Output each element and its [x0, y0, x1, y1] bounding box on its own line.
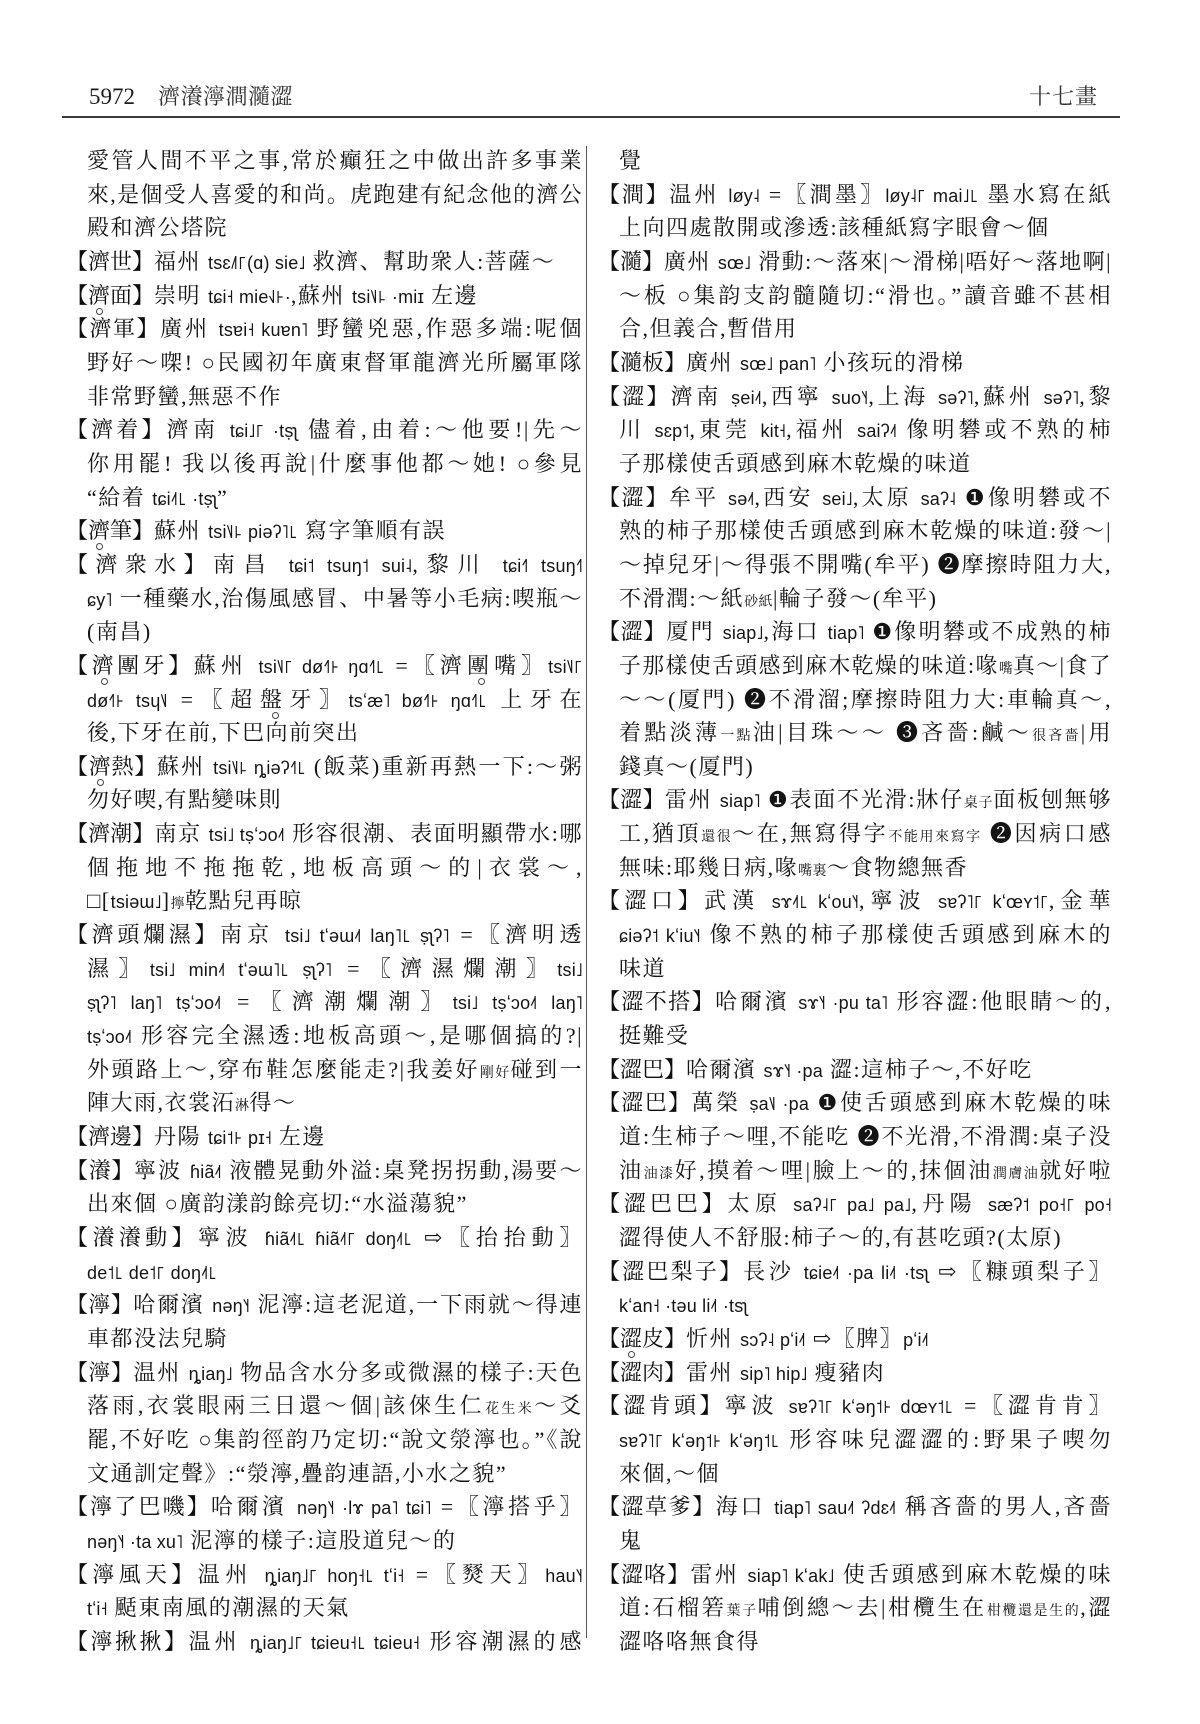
line-content: “給着 tɕi˨˦꜖ ·tṣʅ”	[87, 485, 228, 510]
entry-headword: 【濘】	[66, 1360, 133, 1385]
definition-text: (南昌)	[87, 619, 152, 644]
phonetic-transcription: siap˥ kʻak˩	[748, 1566, 835, 1586]
entry-line: 【澀巴梨子】長沙 tɕie˨˦ ·pa li˨˦ ·tsʅ ⇨〖糠頭梨子〗	[598, 1255, 1112, 1289]
definition-text: 野好～㗎! ○民國初年廣東督軍龍濟光所屬軍隊	[87, 350, 583, 375]
entry-headword: 團牙】	[117, 653, 194, 678]
line-content: 澀得使人不舒服:柿子～的,有甚吃頭?(太原)	[619, 1225, 1062, 1250]
definition-text: 子那樣使舌頭感到麻木乾燥的味道	[619, 451, 972, 476]
phonetic-transcription: ɕy˥	[87, 590, 113, 610]
phonetic-transcription: kʻan˧ ·təu li˨˦ ·tsʅ	[619, 1296, 748, 1316]
continuation-line: ɕiəʔ˦ kʻiu˥˧ 像不熟的柿子那樣使舌頭感到麻木的	[619, 918, 1112, 952]
entry-headword-ring-marked: 濟	[89, 754, 112, 779]
definition-text: 颳東南風的潮濕的天氣	[108, 1595, 350, 1620]
line-content: 【濟軍】廣州 tsɐi˧ kuɐn˥ 野蠻兇惡,作惡多端:呢個	[66, 316, 583, 341]
definition-text: ～食物總無香	[827, 855, 968, 880]
segment: 出來個 ○廣韵漾韵餘亮切:“水溢蕩貌”	[87, 1191, 468, 1216]
inline-gloss: 柑欖還是生的	[987, 1604, 1080, 1619]
line-content: 罷,不好吃 ○集韵徑韵乃定切:“說文滎濘也。”《說	[87, 1427, 583, 1452]
definition-text: 工,猶頂	[619, 821, 701, 846]
entry-headword: 【	[66, 653, 92, 678]
phonetic-transcription: tsi˩ min˨˦ tʻəɯ˥꜖ ṣʅʔ˥	[150, 960, 332, 980]
phonetic-transcription: sɤ˥˧ ·pa	[764, 1061, 823, 1081]
segment: 雷州 siap˥ kʻak˩ 使舌頭感到麻木乾燥的味	[690, 1562, 1112, 1587]
definition-text: 文通訓定聲》:“滎濘,疊韵連語,小水之貌”	[87, 1461, 507, 1486]
definition-text: =〖濟濕爛潮〗	[332, 956, 557, 981]
phonetic-transcription: sɐʔ˥꜒ kʻəŋ˦꜔ dœʏ˦꜖	[789, 1397, 954, 1417]
line-content: 【濟團牙】蘇州 tsi˥˩꜒ dø˧˥꜔ ŋɑ˧˥꜖ =〖濟團嘴〗tsi˥˩꜒	[66, 653, 583, 678]
entry-line: 【濟世】福州 tsɛ˩˥꜒(ɑ) sie˩ 救濟、幫助衆人:菩薩～	[66, 245, 583, 279]
line-content: □[tsiəɯ˩]擰乾點兒再晾	[87, 888, 302, 913]
continuation-line: 川 sɛp˦,東莞 kit˧,福州 saiʔ˨˦ 像明礬或不熟的柿	[619, 413, 1112, 447]
entry-line: 【澀肯頭】寧波 sɐʔ˥꜒ kʻəŋ˦꜔ dœʏ˦꜖ =〖澀肯肯〗	[598, 1389, 1112, 1423]
continuation-line: 來個,～個	[619, 1457, 1112, 1491]
definition-text: 來個,～個	[619, 1461, 720, 1486]
line-content: 【澀肉】雷州 sip˥ hip˩ 瘦豬肉	[598, 1360, 885, 1385]
right-column: 覺【澗】温州 løy˨ =〖澗墨〗løy˨꜒ mai˩꜖ 墨水寫在紙上向四處散開…	[598, 144, 1112, 1659]
line-content: 【濟邊】丹陽 tɕi˦꜔ pɪ˧ 左邊	[66, 1124, 326, 1149]
phonetic-transcription: tɕie˨˦ ·pa li˨˦ ·tsʅ	[804, 1263, 929, 1283]
entry-line: 【瀡板】廣州 sœ˩ pan˥ 小孩玩的滑梯	[598, 346, 1112, 380]
line-content: 不滑潤:～紙砂紙|輪子發～(牟平)	[619, 586, 938, 611]
segment: 哈爾濱 sɤ˥˧ ·pu ta˥ 形容澀:他眼睛～的,	[715, 989, 1112, 1014]
line-content: 個拖地不拖拖乾,地板高頭～的|衣裳～,	[87, 855, 583, 880]
continuation-line: 澀得使人不舒服:柿子～的,有甚吃頭?(太原)	[619, 1221, 1112, 1255]
phonetic-transcription: sei˩	[822, 489, 853, 509]
line-content: 【瀡板】廣州 sœ˩ pan˥ 小孩玩的滑梯	[598, 350, 964, 375]
inline-gloss: 擰	[171, 897, 185, 912]
segment: 長沙 tɕie˨˦ ·pa li˨˦ ·tsʅ ⇨〖糠頭梨子〗	[743, 1259, 1112, 1284]
definition-text: ,上海	[868, 384, 938, 409]
segment: 野好～㗎! ○民國初年廣東督軍龍濟光所屬軍隊	[87, 350, 583, 375]
continuation-line: 出來個 ○廣韵漾韵餘亮切:“水溢蕩貌”	[87, 1187, 583, 1221]
segment: ～爻	[534, 1393, 583, 1418]
line-content: 子那樣使舌頭感到麻木乾燥的味道:喙嘴真～|食了	[619, 649, 1112, 687]
inline-gloss: 潤膚油	[993, 1167, 1039, 1182]
segment: 得～	[249, 1090, 296, 1115]
line-content: 【濟面】崇明 tɕi˧ mie˧˩꜔·,蘇州 tsi˥˩꜕ ·miɪ 左邊	[66, 283, 478, 308]
phonetic-transcription: pʻi˨˦	[903, 1330, 929, 1350]
segment: 罷,不好吃 ○集韵徑韵乃定切:“說文滎濘也。”《說	[87, 1427, 583, 1452]
continuation-line: 個拖地不拖拖乾,地板高頭～的|衣裳～,	[87, 851, 583, 885]
line-content: de˦꜖ de˦꜒ doŋ˨˦꜖	[87, 1259, 217, 1284]
phonetic-transcription: ɕiəʔ˦ kʻiu˥˧	[619, 926, 701, 946]
continuation-line: ～～(厦門) ❷不滑溜;摩擦時阻力大:車輪真～,	[619, 683, 1112, 717]
segment: 熟的柿子那樣使舌頭感到麻木乾燥的味道:發～|	[619, 518, 1112, 543]
phonetic-transcription: ɦiã˨˦꜖ ɦiã˨˦꜒ doŋ˨˦꜖	[265, 1229, 413, 1249]
definition-text: 落雨,衣裳眼兩三日還～個|該倈生仁	[87, 1393, 485, 1418]
definition-text: 雷州	[690, 1562, 747, 1587]
segment: 你用罷! 我以後再說|什麼事他都～她! ○參見	[87, 451, 583, 476]
segment: 寧波 ɦiã˨˦꜖ ɦiã˨˦꜒ doŋ˨˦꜖ ⇨〖抬抬動〗	[198, 1225, 583, 1250]
definition-text: 乾點兒再晾	[185, 888, 303, 913]
continuation-line: de˦꜖ de˦꜒ doŋ˨˦꜖	[87, 1255, 583, 1289]
definition-text: ～掉兒牙|～得張不開嘴(牟平) ❷摩擦時阻力大,	[619, 552, 1112, 577]
definition-text: 野蠻兇惡,作惡多端:呢個	[308, 316, 583, 341]
definition-text: 得～	[249, 1090, 296, 1115]
inline-gloss: 很吝嗇	[1032, 729, 1081, 744]
definition-text: ,澀	[1080, 1595, 1112, 1620]
line-content: 挺難受	[619, 1023, 690, 1048]
line-content: 川 sɛp˦,東莞 kit˧,福州 saiʔ˨˦ 像明礬或不熟的柿	[619, 417, 1112, 442]
phonetic-transcription: saiʔ˨˦	[857, 421, 897, 441]
line-content: 【瀁瀁動】寧波 ɦiã˨˦꜖ ɦiã˨˦꜒ doŋ˨˦꜖ ⇨〖抬抬動〗	[66, 1225, 583, 1250]
segment: 太原 saʔ˨꜒ pa˩ pa˩,丹陽 sæʔ˦ po˧꜒ po˧	[728, 1191, 1112, 1216]
inline-gloss: 桌子	[964, 796, 993, 811]
definition-text: =〖燹天〗	[404, 1562, 545, 1587]
definition-text: 寫字筆順有誤	[298, 518, 446, 543]
line-content: 車都没法兒騎	[87, 1326, 228, 1351]
entry-headword: 【澀肯頭】	[598, 1393, 725, 1418]
segment: ❷因病口感	[982, 821, 1112, 846]
definition-text: =〖澀肯肯〗	[954, 1393, 1112, 1418]
continuation-line: ～掉兒牙|～得張不開嘴(牟平) ❷摩擦時阻力大,	[619, 548, 1112, 582]
continuation-line: 鬼	[619, 1524, 1112, 1558]
segment: 福州 tsɛ˩˥꜒(ɑ) sie˩ 救濟、幫助衆人:菩薩～	[154, 249, 555, 274]
entry-line: 【澀不搭】哈爾濱 sɤ˥˧ ·pu ta˥ 形容澀:他眼睛～的,	[598, 985, 1112, 1019]
entry-headword: 【濟潮】	[66, 821, 154, 846]
definition-text: 哺倒總～去|柑欖生在	[758, 1595, 987, 1620]
column-divider	[586, 146, 587, 1638]
line-content: 【濟熱】蘇州 tsi˥˩꜕ ȵiəʔ˧˥꜖ (飯菜)重新再熱一下:～粥	[66, 754, 583, 779]
entry-headword: 【濟頭爛濕】	[66, 922, 220, 947]
definition-text: 錢真～(厦門)	[619, 754, 754, 779]
line-content: 濕〗tsi˩ min˨˦ tʻəɯ˥꜖ ṣʅʔ˥ =〖濟濕爛潮〗tsi˩	[87, 956, 583, 981]
definition-text: 救濟、幫助衆人:菩薩～	[306, 249, 556, 274]
segment: 温州 ȵiaŋ˩꜒ tɕieu˧꜖ tɕieu˧ 形容潮濕的感	[188, 1629, 583, 1654]
entry-headword: 【濘了巴嘰】	[66, 1494, 211, 1519]
entry-headword: 【	[66, 754, 89, 779]
entry-headword: 【濟邊】	[66, 1124, 154, 1149]
segment: 愛管人間不平之事,常於癲狂之中做出許多事業	[87, 148, 583, 173]
dictionary-page: 5972 濟瀁濘澗瀡澀 十七畫 愛管人間不平之事,常於癲狂之中做出許多事業來,是…	[0, 0, 1200, 1724]
line-content: 陣大雨,衣裳沰淋得～	[87, 1090, 296, 1115]
continuation-line: 不滑潤:～紙砂紙|輪子發～(牟平)	[619, 582, 1112, 616]
segment: 萬榮 ṣa˥˩ ·pa ❶使舌頭感到麻木乾燥的味	[691, 1090, 1112, 1115]
entry-headword: 【	[598, 1326, 620, 1351]
line-content: 【濟世】福州 tsɛ˩˥꜒(ɑ) sie˩ 救濟、幫助衆人:菩薩～	[66, 249, 555, 274]
phonetic-transcription: sɐʔ˥꜒ kʻœʏ˦꜒	[938, 892, 1049, 912]
line-content: 【澀巴】萬榮 ṣa˥˩ ·pa ❶使舌頭感到麻木乾燥的味	[598, 1090, 1112, 1115]
phonetic-transcription: sœ˩	[718, 253, 751, 273]
definition-text: 一種藥水,治傷風感冒、中暑等小毛病:喫瓶～	[113, 586, 584, 611]
segment: 不滑潤:～紙	[619, 586, 744, 611]
segment: 來,是個受人喜愛的和尚。虎跑建有紀念他的濟公	[87, 182, 583, 207]
continuation-line: 無味:耶幾日病,喙嘴裏～食物總無香	[619, 851, 1112, 885]
segment: 濟南 ṣei˨˦,西寧 suo˥˧,上海 səʔ˥,蘇州 səʔ˥,黎	[671, 384, 1112, 409]
entry-headword: 【瀡】	[598, 249, 664, 274]
definition-text: 勿好喫,有點變味則	[87, 787, 282, 812]
inline-gloss: 花生米	[485, 1402, 534, 1417]
segment: 廣州 sœ˩ 滑動:～落來|～滑梯|唔好～落地啊|	[664, 249, 1112, 274]
segment: 温州 løy˨ =〖澗墨〗løy˨꜒ mai˩꜖ 墨水寫在紙	[669, 182, 1112, 207]
line-content: 【澗】温州 løy˨ =〖澗墨〗løy˨꜒ mai˩꜖ 墨水寫在紙	[598, 182, 1112, 207]
definition-text: ❶像明礬或不成熟的柿	[865, 619, 1112, 644]
continuation-line: 道:生柿子～哩,不能吃 ❷不光滑,不滑潤:桌子没	[619, 1120, 1112, 1154]
line-content: ～～(厦門) ❷不滑溜;摩擦時阻力大:車輪真～,	[619, 687, 1112, 712]
definition-text: 廣州	[686, 350, 740, 375]
segment: 來個,～個	[619, 1461, 720, 1486]
entry-line: 【瀁】寧波 ɦiã˨˦ 液體晃動外溢:桌凳拐拐動,湯要～	[66, 1154, 583, 1188]
definition-text: 海口	[716, 1494, 775, 1519]
segment: 南昌 tɕi˦ tsuŋ˦ sui˨,黎川 tɕi˧˥ tsuŋ˧˥	[213, 552, 583, 577]
continuation-line: 上向四處散開或滲透:該種紙寫字眼會～個	[619, 211, 1112, 245]
definition-text: 崇明	[154, 283, 208, 308]
segment: 川 sɛp˦,東莞 kit˧,福州 saiʔ˨˦ 像明礬或不熟的柿	[619, 417, 1112, 442]
definition-text: 萬榮	[691, 1090, 749, 1115]
definition-text: 合,但義合,暫借用	[619, 316, 798, 341]
phonetic-transcription: sip˥ hip˩	[740, 1364, 808, 1384]
definition-text: 味道	[619, 956, 666, 981]
phonetic-transcription: sɐʔ˥꜒ kʻəŋ˦꜔ kʻəŋ˦꜖	[619, 1431, 780, 1451]
definition-text: 蘇州	[154, 518, 208, 543]
line-content: nəŋ˥˧ ·ta xu˥ 泥濘的樣子:這股道兒～的	[87, 1528, 456, 1553]
segment: 蘇州 tsi˥˩꜒ dø˧˥꜔ ŋɑ˧˥꜖ =〖濟	[194, 653, 467, 678]
definition-text: 油|目珠～～ ❸吝嗇:鹹～	[753, 720, 1032, 745]
entry-line: 【澀】雷州 siap˥ ❶表面不光滑:牀仔桌子面板刨無够	[598, 783, 1112, 817]
entry-headword: 【瀁瀁動】	[66, 1225, 198, 1250]
definition-text: ]	[162, 888, 171, 913]
continuation-line: “給着 tɕi˨˦꜖ ·tṣʅ”	[87, 481, 583, 515]
segment: 就好啦	[1039, 1158, 1112, 1183]
continuation-line: nəŋ˥˧ ·ta xu˥ 泥濘的樣子:這股道兒～的	[87, 1524, 583, 1558]
page-number: 5972	[89, 83, 135, 111]
definition-text: ～～(厦門) ❷不滑溜;摩擦時阻力大:車輪真～,	[619, 687, 1112, 712]
phonetic-transcription: səʔ˥	[1044, 388, 1080, 408]
line-content: ɕiəʔ˦ kʻiu˥˧ 像不熟的柿子那樣使舌頭感到麻木的	[619, 922, 1112, 947]
segment: 個拖地不拖拖乾,地板高頭～的|衣裳～,	[87, 855, 583, 880]
line-content: 熟的柿子那樣使舌頭感到麻木乾燥的味道:發～|	[619, 518, 1112, 543]
phonetic-transcription: saʔ˨꜒ pa˩ pa˩	[793, 1195, 911, 1215]
line-content: 文通訓定聲》:“滎濘,疊韵連語,小水之貌”	[87, 1461, 507, 1486]
segment: 崇明 tɕi˧ mie˧˩꜔·,蘇州 tsi˥˩꜕ ·miɪ 左邊	[154, 283, 478, 308]
entry-headword: 熱】	[111, 754, 156, 779]
phonetic-transcription: ṣei˨˦	[731, 388, 762, 408]
phonetic-transcription: tsi˩ tṣʻɔo˨˦	[209, 825, 285, 845]
definition-text: |輪子發～(牟平)	[773, 586, 938, 611]
continuation-line: 工,猶頂還很～在,無寫得字不能用來寫字 ❷因病口感	[619, 817, 1112, 851]
continuation-line: 油油漆好,摸着～哩|臉上～的,抹個油潤膚油就好啦	[619, 1154, 1112, 1188]
segment: 碰到一	[511, 1057, 583, 1082]
definition-text: ,寧波	[859, 888, 938, 913]
segment: 殿和濟公塔院	[87, 215, 228, 240]
definition-text: ”	[217, 485, 228, 510]
definition-text: 雷州	[665, 787, 720, 812]
entry-headword: 【澀咯】	[598, 1562, 690, 1587]
definition-text: 就好啦	[1039, 1158, 1112, 1183]
line-content: 【濘風天】温州 ȵiaŋ˩꜒ hoŋ˧꜖ tʻi˧ =〖燹天〗hau˥˧	[66, 1562, 583, 1587]
segment: 好,摸着～哩|臉上～的,抹個油	[675, 1158, 993, 1183]
continuation-line: 你用罷! 我以後再說|什麼事他都～她! ○參見	[87, 447, 583, 481]
continuation-line: 非常野蠻,無惡不作	[87, 380, 583, 414]
definition-text: 你用罷! 我以後再說|什麼事他都～她! ○參見	[87, 451, 583, 476]
inline-gloss: 嘴裏	[798, 864, 827, 879]
line-content: 【澀】雷州 siap˥ ❶表面不光滑:牀仔桌子面板刨無够	[598, 787, 1112, 812]
line-content: 道:石榴箬葉子哺倒總～去|柑欖生在柑欖還是生的,澀	[619, 1595, 1112, 1620]
phonetic-transcription: sɛp˦	[655, 421, 690, 441]
phonetic-transcription: tsi˩ tṣʻɔo˨˦ laŋ˥	[453, 993, 583, 1013]
continuation-line: 車都没法兒騎	[87, 1322, 583, 1356]
line-content: 覺	[619, 148, 643, 173]
line-content: 【濟着】濟南 tɕi˩꜒ ·tṣʅ 儘着,由着:～他要!|先～	[66, 417, 583, 442]
phonetic-transcription: tsi˩	[557, 960, 583, 980]
definition-text: ❷因病口感	[982, 821, 1112, 846]
continuation-line: 後,下牙在前,下巴向前突出	[87, 716, 583, 750]
inline-gloss: 一點	[720, 729, 752, 744]
phonetic-transcription: ȵiaŋ˩꜒ tɕieu˧꜖ tɕieu˧	[250, 1633, 420, 1653]
line-content: 【澀草爹】海口 tiap˥ sau˨˦ ʔdɛ˨˦ 稱吝嗇的男人,吝嗇	[598, 1494, 1112, 1519]
entry-headword: 面】	[110, 283, 154, 308]
entry-line: 【濟筆】蘇州 tsi˥˩꜕ piəʔ˥꜖ 寫字筆順有誤	[66, 514, 583, 548]
definition-text: 澀:這柿子～,不好吃	[823, 1057, 1033, 1082]
continuation-line: tʻi˧ 颳東南風的潮濕的天氣	[87, 1591, 583, 1625]
line-content: 【澀皮】忻州 sɔʔ˨ pʻi˨˦ ⇨〖脾〗pʻi˨˦	[598, 1326, 929, 1351]
definition-text: 忻州	[686, 1326, 740, 1351]
phonetic-transcription: tsi˥˩꜕ piəʔ˥꜖	[208, 522, 298, 542]
phonetic-transcription: tsɛ˩˥꜒(ɑ) sie˩	[208, 253, 306, 273]
segment: 濟南 tɕi˩꜒ ·tṣʅ 儘着,由着:～他要!|先～	[166, 417, 583, 442]
entry-line: 【濘風天】温州 ȵiaŋ˩꜒ hoŋ˧꜖ tʻi˧ =〖燹天〗hau˥˧	[66, 1558, 583, 1592]
line-content: sɐʔ˥꜒ kʻəŋ˦꜔ kʻəŋ˦꜖ 形容味兒澀澀的:野果子喫勿	[619, 1427, 1112, 1452]
line-content: 野好～㗎! ○民國初年廣東督軍龍濟光所屬軍隊	[87, 350, 583, 375]
definition-text: 太原	[728, 1191, 794, 1216]
line-content: 【澀巴巴】太原 saʔ˨꜒ pa˩ pa˩,丹陽 sæʔ˦ po˧꜒ po˧	[598, 1191, 1112, 1216]
segment: 海口 tiap˥ sau˨˦ ʔdɛ˨˦ 稱吝嗇的男人,吝嗇	[716, 1494, 1112, 1519]
definition-text: 廣州	[664, 249, 718, 274]
definition-text: ,太原	[853, 485, 921, 510]
line-content: 【澀】厦門 siap˩,海口 tiap˥ ❶像明礬或不成熟的柿	[598, 619, 1112, 644]
entry-headword: 【澀】	[598, 619, 666, 644]
definition-text: 油	[619, 1158, 644, 1183]
entry-line: 【澀巴巴】太原 saʔ˨꜒ pa˩ pa˩,丹陽 sæʔ˦ po˧꜒ po˧	[598, 1187, 1112, 1221]
inline-gloss: 還很	[701, 830, 732, 845]
line-content: 【澀肯頭】寧波 sɐʔ˥꜒ kʻəŋ˦꜔ dœʏ˦꜖ =〖澀肯肯〗	[598, 1393, 1112, 1418]
definition-text: 挺難受	[619, 1023, 690, 1048]
segment: 寧波 ɦiã˨˦ 液體晃動外溢:桌凳拐拐動,湯要～	[134, 1158, 583, 1183]
entry-line: 【澀口】武漢 sɤ˨˦꜖ kʻou˥˧,寧波 sɐʔ˥꜒ kʻœʏ˦꜒,金華	[598, 884, 1112, 918]
line-content: 勿好喫,有點變味則	[87, 787, 282, 812]
line-content: 錢真～(厦門)	[619, 754, 754, 779]
continuation-line: 覺	[619, 144, 1112, 178]
definition-text: 好,摸着～哩|臉上～的,抹個油	[675, 1158, 993, 1183]
definition-text: 川	[619, 417, 655, 442]
phonetic-transcription: siap˩	[723, 623, 764, 643]
segment: kʻan˧ ·təu li˨˦ ·tsʅ	[619, 1292, 748, 1317]
segment: 子那樣使舌頭感到麻木乾燥的味道:喙	[619, 653, 999, 678]
definition-text: 外頭路上～,穿布鞋怎麼能走?|我姜好	[87, 1057, 480, 1082]
phonetic-transcription: hau˥˧	[545, 1566, 583, 1586]
entry-headword-ring-marked: 澀	[620, 1326, 642, 1351]
line-content: ～掉兒牙|～得張不開嘴(牟平) ❷摩擦時阻力大,	[619, 552, 1112, 577]
phonetic-transcription: ṣʅʔ˥ laŋ˥ tṣʻɔo˨˦	[87, 993, 221, 1013]
segment: |用	[1081, 720, 1112, 745]
definition-text: 小孩玩的滑梯	[816, 350, 964, 375]
continuation-line: 落雨,衣裳眼兩三日還～個|該倈生仁花生米～爻	[87, 1389, 583, 1423]
line-content: 【濘】哈爾濱 nəŋ˥˧ 泥濘:這老泥道,一下雨就～得連	[66, 1292, 583, 1317]
segment: de˦꜖ de˦꜒ doŋ˨˦꜖	[87, 1259, 217, 1284]
entry-headword: 【	[66, 283, 88, 308]
line-content: 上向四處散開或滲透:該種紙寫字眼會～個	[619, 215, 1050, 240]
definition-text: 形容很潮、表面明顯帶水:哪	[285, 821, 583, 846]
line-content: ɕy˥ 一種藥水,治傷風感冒、中暑等小毛病:喫瓶～	[87, 586, 583, 611]
phonetic-transcription: tsi˥˩꜒	[548, 657, 583, 677]
continuation-line: 子那樣使舌頭感到麻木乾燥的味道:喙嘴真～|食了	[619, 649, 1112, 683]
definition-text: 雷州	[686, 1360, 740, 1385]
definition-text: ❶表面不光滑:牀仔	[761, 787, 964, 812]
definition-text: 丹陽	[154, 1124, 208, 1149]
segment: ～在,無寫得字	[732, 821, 888, 846]
continuation-line: ṣʅʔ˥ laŋ˥ tṣʻɔo˨˦ =〖濟潮爛潮〗tsi˩ tṣʻɔo˨˦ la…	[87, 985, 583, 1019]
definition-text: ,黎川	[412, 552, 502, 577]
definition-text: 牟平	[669, 485, 728, 510]
definition-text: 形容味兒澀澀的:野果子喫勿	[780, 1427, 1112, 1452]
segment: “給着 tɕi˨˦꜖ ·tṣʅ”	[87, 485, 228, 510]
inline-gloss: 不能用來寫字	[888, 830, 981, 845]
entry-line: 【瀁瀁動】寧波 ɦiã˨˦꜖ ɦiã˨˦꜒ doŋ˨˦꜖ ⇨〖抬抬動〗	[66, 1221, 583, 1255]
definition-text: |用	[1081, 720, 1112, 745]
segment: ～掉兒牙|～得張不開嘴(牟平) ❷摩擦時阻力大,	[619, 552, 1112, 577]
segment: 温州 ȵiaŋ˩ 物品含水分多或微濕的樣子:天色	[133, 1360, 583, 1385]
line-content: 愛管人間不平之事,常於癲狂之中做出許多事業	[87, 148, 583, 173]
definition-text: (飯菜)重新再熱一下:～粥	[306, 754, 583, 779]
continuation-line: 熟的柿子那樣使舌頭感到麻木乾燥的味道:發～|	[619, 514, 1112, 548]
line-content: 【濘了巴嘰】哈爾濱 nəŋ˥˧ ·lɤ pa˥ tɕi˥ =〖濘搭乎〗	[66, 1494, 583, 1519]
segment: ,澀	[1080, 1595, 1112, 1620]
phonetic-transcription: suo˥˧	[832, 388, 869, 408]
segment: 哺倒總～去|柑欖生在	[758, 1595, 987, 1620]
definition-text: 鬼	[619, 1528, 643, 1553]
definition-text: ⇨〖脾〗	[806, 1326, 903, 1351]
phonetic-transcription: tɕi˨˦꜖ ·tṣʅ	[152, 489, 217, 509]
entry-line: 【澀咯】雷州 siap˥ kʻak˩ 使舌頭感到麻木乾燥的味	[598, 1558, 1112, 1592]
segment: 寧波 sɐʔ˥꜒ kʻəŋ˦꜔ dœʏ˦꜖ =〖澀肯肯〗	[725, 1393, 1112, 1418]
entry-line: 【濟潮】南京 tsi˩ tṣʻɔo˨˦ 形容很潮、表面明顯帶水:哪	[66, 817, 583, 851]
definition-text: 澀咯咯無食得	[619, 1629, 760, 1654]
phonetic-transcription: ȵiaŋ˩	[189, 1364, 233, 1384]
line-content: ～板 ○集韵支韵髓隨切:“滑也。”讀音雖不甚相	[619, 283, 1112, 308]
phonetic-transcription: de˦꜖ de˦꜒ doŋ˨˦꜖	[87, 1263, 217, 1283]
definition-text: 來,是個受人喜愛的和尚。虎跑建有紀念他的濟公	[87, 182, 583, 207]
entry-headword: 【瀡板】	[598, 350, 686, 375]
phonetic-transcription: sæʔ˦ po˧꜒ po˧	[988, 1195, 1112, 1215]
phonetic-transcription: tiap˥ sau˨˦ ʔdɛ˨˦	[774, 1498, 896, 1518]
continuation-line: 子那樣使舌頭感到麻木乾燥的味道	[619, 447, 1112, 481]
definition-text: 着點淡薄	[619, 720, 720, 745]
continuation-line: kʻan˧ ·təu li˨˦ ·tsʅ	[619, 1288, 1112, 1322]
phonetic-transcription: nəŋ˥˧ ·lɤ pa˥ tɕi˥	[297, 1498, 432, 1518]
entry-line: 【濟頭爛濕】南京 tsi˩ tʻəɯ˨˦ laŋ˥꜖ ṣʅʔ˥ =〖濟明透	[66, 918, 583, 952]
phonetic-transcription: tsʻæ˥ bø˧˥꜔ ŋɑ˧˥꜖	[349, 691, 488, 711]
segment: 澀得使人不舒服:柿子～的,有甚吃頭?(太原)	[619, 1225, 1062, 1250]
entry-headword: 【	[66, 518, 88, 543]
entry-headword-ring-marked: 濟	[88, 283, 110, 308]
phonetic-transcription: tʻi˧	[87, 1599, 108, 1619]
inline-gloss: 淋	[235, 1099, 249, 1114]
definition-text: 温州	[133, 1360, 188, 1385]
continuation-line: (南昌)	[87, 615, 583, 649]
entry-headword-ring-marked: 濟	[92, 653, 118, 678]
segment: 子那樣使舌頭感到麻木乾燥的味道	[619, 451, 972, 476]
inline-gloss: 剛好	[480, 1066, 511, 1081]
definition-text: 泥濘:這老泥道,一下雨就～得連	[250, 1292, 583, 1317]
definition-text: 面板刨無够	[993, 787, 1112, 812]
continuation-line: 澀咯咯無食得	[619, 1625, 1112, 1659]
line-content: tṣʻɔo˨˦ 形容完全濕透:地板高頭～,是哪個搞的?|	[87, 1023, 583, 1048]
line-content: 【澀巴梨子】長沙 tɕie˨˦ ·pa li˨˦ ·tsʅ ⇨〖糠頭梨子〗	[598, 1259, 1112, 1284]
entry-line: 【濘】温州 ȵiaŋ˩ 物品含水分多或微濕的樣子:天色	[66, 1356, 583, 1390]
segment: tʻi˧ 颳東南風的潮濕的天氣	[87, 1595, 350, 1620]
definition-text: 稱吝嗇的男人,吝嗇	[896, 1494, 1112, 1519]
line-content: 外頭路上～,穿布鞋怎麼能走?|我姜好剛好碰到一	[87, 1057, 583, 1082]
